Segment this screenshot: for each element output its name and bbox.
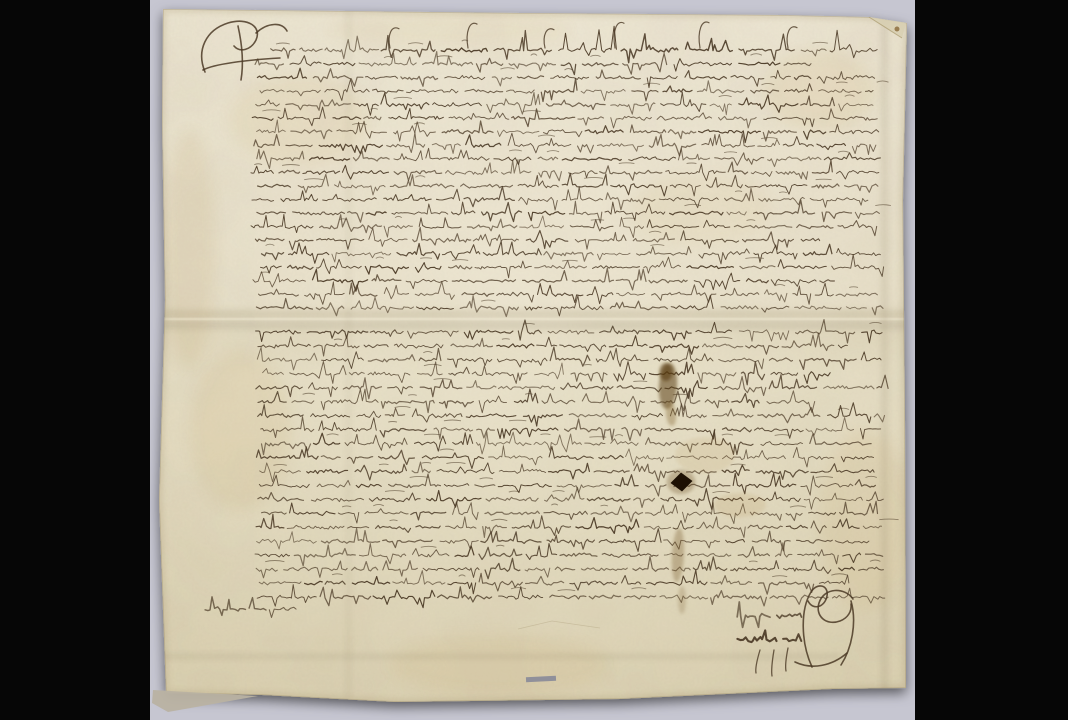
fold-crease-shadow-lower xyxy=(158,321,908,330)
ink-stain xyxy=(678,586,686,614)
parchment-discoloration xyxy=(390,635,610,695)
fold-crease-highlight xyxy=(158,318,908,320)
parchment-discoloration xyxy=(330,12,570,48)
ink-stain xyxy=(714,493,766,517)
ink-speck xyxy=(895,27,900,32)
ink-stain xyxy=(660,363,673,381)
fold-crease-shadow-upper xyxy=(158,310,908,318)
fold-crease-bottom xyxy=(160,654,840,659)
fold-crease-left xyxy=(346,10,351,698)
ink-stain xyxy=(675,437,735,473)
fold-crease-right xyxy=(881,14,888,694)
parchment-discoloration xyxy=(820,430,910,610)
parchment-discoloration xyxy=(165,130,215,370)
manuscript-photograph xyxy=(0,0,1068,720)
manuscript-photo-svg xyxy=(0,0,1068,720)
parchment-discoloration xyxy=(190,350,290,510)
